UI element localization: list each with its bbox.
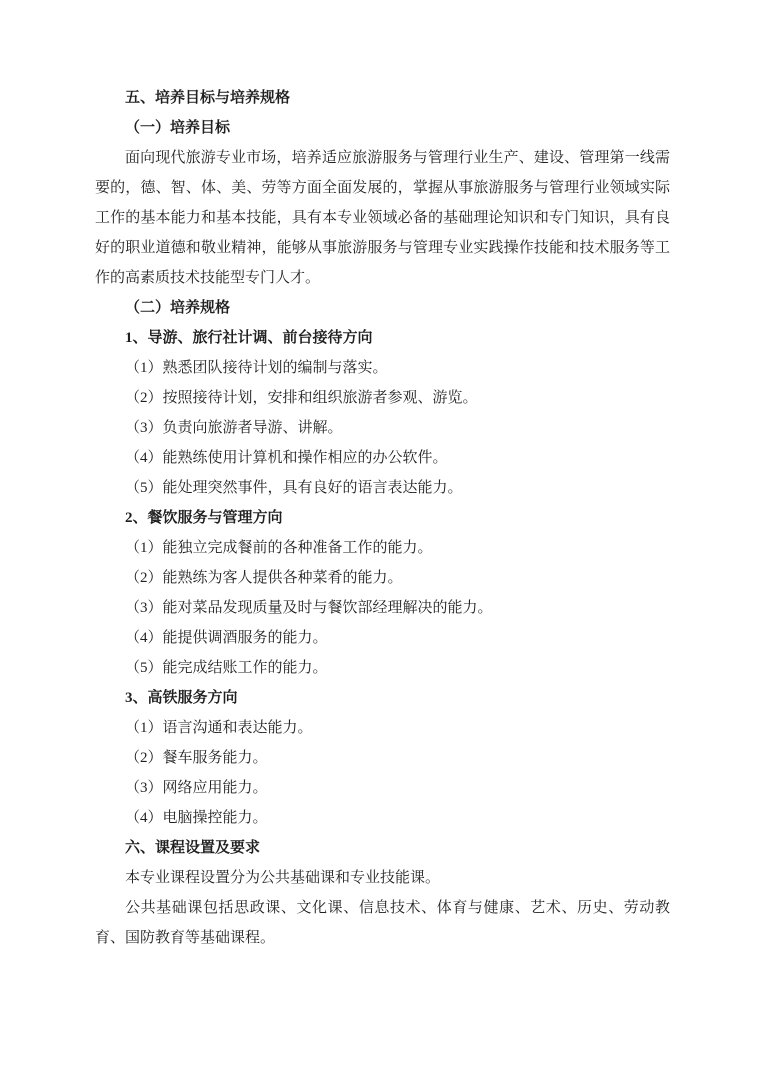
paragraph: （3）负责向旅游者导游、讲解。: [95, 413, 670, 443]
paragraph: （3）网络应用能力。: [95, 773, 670, 803]
section-heading: （二）培养规格: [95, 293, 670, 323]
section-heading: 六、课程设置及要求: [95, 833, 670, 863]
paragraph: 面向现代旅游专业市场，培养适应旅游服务与管理行业生产、建设、管理第一线需要的，德…: [95, 143, 670, 293]
section-heading: 3、高铁服务方向: [95, 683, 670, 713]
paragraph: （4）电脑操控能力。: [95, 803, 670, 833]
section-heading: 五、培养目标与培养规格: [95, 83, 670, 113]
paragraph: （4）能熟练使用计算机和操作相应的办公软件。: [95, 443, 670, 473]
paragraph: 公共基础课包括思政课、文化课、信息技术、体育与健康、艺术、历史、劳动教育、国防教…: [95, 893, 670, 953]
paragraph: （5）能完成结账工作的能力。: [95, 653, 670, 683]
paragraph: （2）按照接待计划，安排和组织旅游者参观、游览。: [95, 383, 670, 413]
section-heading: 2、餐饮服务与管理方向: [95, 503, 670, 533]
paragraph: （4）能提供调酒服务的能力。: [95, 623, 670, 653]
paragraph: （5）能处理突然事件，具有良好的语言表达能力。: [95, 473, 670, 503]
section-heading: （一）培养目标: [95, 113, 670, 143]
paragraph: （2）餐车服务能力。: [95, 743, 670, 773]
paragraph: （1）熟悉团队接待计划的编制与落实。: [95, 353, 670, 383]
paragraph: （1）语言沟通和表达能力。: [95, 713, 670, 743]
paragraph: （3）能对菜品发现质量及时与餐饮部经理解决的能力。: [95, 593, 670, 623]
paragraph: （1）能独立完成餐前的各种准备工作的能力。: [95, 533, 670, 563]
document-content: 五、培养目标与培养规格（一）培养目标面向现代旅游专业市场，培养适应旅游服务与管理…: [0, 0, 761, 953]
paragraph: 本专业课程设置分为公共基础课和专业技能课。: [95, 863, 670, 893]
section-heading: 1、导游、旅行社计调、前台接待方向: [95, 323, 670, 353]
paragraph: （2）能熟练为客人提供各种菜肴的能力。: [95, 563, 670, 593]
document-page: 五、培养目标与培养规格（一）培养目标面向现代旅游专业市场，培养适应旅游服务与管理…: [0, 0, 761, 1074]
